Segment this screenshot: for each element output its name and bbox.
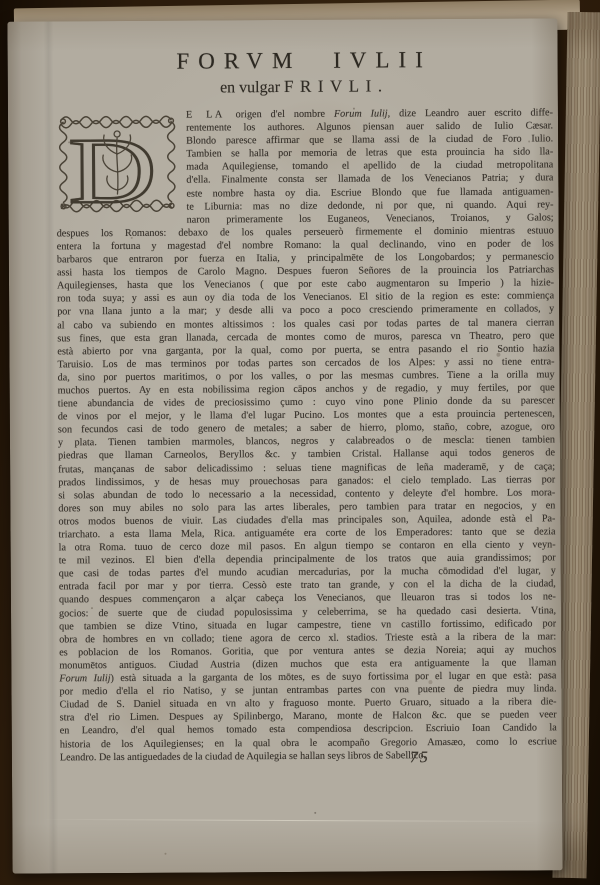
page-number: 75 xyxy=(410,749,430,767)
paper-scratch xyxy=(40,819,540,822)
page-title: FORVM IVLII xyxy=(56,46,553,75)
subtitle-prefix: en vulgar xyxy=(220,79,280,96)
drop-cap-ornament-icon: D xyxy=(56,112,179,217)
paper-specks xyxy=(7,22,9,24)
book-photo: FORVM IVLII en vulgar FRIVLI. xyxy=(0,0,600,885)
subtitle-name: FRIVLI. xyxy=(284,76,389,96)
book-page: FORVM IVLII en vulgar FRIVLI. xyxy=(7,18,562,873)
drop-cap-letter: D xyxy=(68,118,157,216)
body-text: D E LA origen d'el nombre Forum Iulij, d… xyxy=(56,106,557,764)
page-subtitle: en vulgar FRIVLI. xyxy=(56,74,553,100)
drop-cap: D xyxy=(56,112,179,217)
text-line: Leandro. De las antiguedades de la ciuda… xyxy=(60,748,557,764)
